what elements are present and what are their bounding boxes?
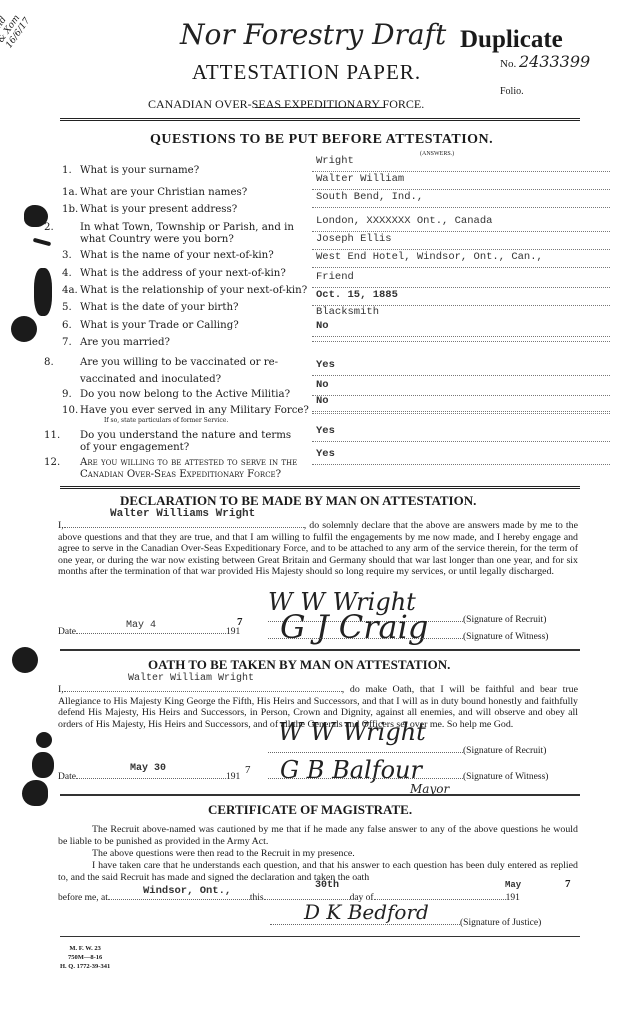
certificate-heading: CERTIFICATE OF MAGISTRATE.	[208, 802, 412, 818]
certificate-day: 30th	[315, 880, 339, 891]
form-code: H. Q. 1772-39-341	[60, 962, 110, 971]
punch-hole-blot	[36, 732, 52, 748]
page-subtitle: CANADIAN OVER-SEAS EXPEDITIONARY FORCE.	[148, 97, 424, 112]
certificate-year-suffix: 7	[565, 878, 571, 890]
oath-year-suffix: 7	[245, 764, 251, 776]
header-divider	[60, 118, 580, 121]
margin-note: cond & Xom 16/6/17	[0, 0, 47, 50]
document-number: No. 2433399	[500, 52, 590, 71]
question-1b: 1b.What is your present address?	[62, 204, 302, 216]
question-5: 5.What is the date of your birth?	[62, 302, 302, 314]
question-6: 6.What is your Trade or Calling?	[62, 320, 302, 332]
declaration-divider	[60, 649, 580, 651]
number-value: 2433399	[519, 52, 590, 71]
handwritten-title: Nor Forestry Draft	[180, 18, 446, 51]
question-7: 7.Are you married?	[62, 337, 302, 349]
punch-hole-blot	[12, 647, 38, 673]
declaration-date-value: May 4	[126, 620, 156, 631]
answer-5: Oct. 15, 1885	[312, 288, 610, 306]
witness-signature-line-1: (Signature of Witness)	[268, 632, 548, 642]
number-label: No.	[500, 58, 516, 70]
declaration-text: I,, do solemnly declare that the above a…	[58, 520, 578, 578]
question-12: 12.Are you willing to be attested to ser…	[62, 457, 302, 481]
question-4: 4.What is the address of your next-of-ki…	[62, 268, 302, 280]
form-code: M. F. W. 23	[60, 944, 110, 953]
question-4a: 4a.What is the relationship of your next…	[62, 285, 302, 297]
recruit-signature-2: W W Wright	[278, 718, 426, 746]
answer-2: London, XXXXXXX Ont., Canada	[312, 214, 610, 232]
form-code: 750M—8-16	[60, 953, 110, 962]
question-8: 8.Are you willing to be vaccinated or re…	[62, 354, 302, 388]
punch-hole-blot	[32, 752, 54, 778]
question-1a: 1a.What are your Christian names?	[62, 187, 302, 199]
questions-heading: QUESTIONS TO BE PUT BEFORE ATTESTATION.	[150, 132, 493, 148]
form-codes: M. F. W. 23 750M—8-16 H. Q. 1772-39-341	[60, 944, 110, 971]
answer-6: Blacksmith	[312, 305, 610, 317]
punch-hole-blot	[33, 238, 51, 247]
answer-1a: Walter William	[312, 172, 610, 190]
question-1: 1.What is your surname?	[62, 165, 302, 177]
oath-name: Walter William Wright	[128, 673, 254, 684]
answer-3: Joseph Ellis	[312, 232, 610, 250]
answer-1: Wright	[312, 154, 610, 172]
question-3: 3.What is the name of your next-of-kin?	[62, 250, 302, 262]
certificate-para-2: The above questions were then read to th…	[58, 848, 578, 860]
answer-7: No	[312, 319, 610, 337]
answer-4: West End Hotel, Windsor, Ont., Can.,	[312, 250, 610, 268]
question-10: 10.Have you ever served in any Military …	[62, 405, 302, 424]
certificate-para-1: The Recruit above-named was cautioned by…	[58, 824, 578, 847]
question-2: 2.In what Town, Township or Parish, and …	[62, 222, 302, 246]
declaration-heading: DECLARATION TO BE MADE BY MAN ON ATTESTA…	[120, 493, 476, 509]
witness-signature-line-2: (Signature of Witness)	[268, 772, 548, 782]
answer-1b: South Bend, Ind.,	[312, 190, 610, 208]
questions-divider	[60, 486, 580, 489]
certificate-before-line: before me, atthisday of191	[58, 893, 520, 903]
duplicate-label: Duplicate	[460, 26, 563, 54]
certificate-month: May	[505, 880, 521, 890]
justice-signature-line: (Signature of Justice)	[270, 918, 541, 928]
declaration-year-suffix: 7	[237, 616, 243, 628]
page-title: ATTESTATION PAPER.	[192, 60, 421, 85]
declaration-name: Walter Williams Wright	[110, 508, 255, 520]
certificate-divider	[60, 936, 580, 937]
answer-4a: Friend	[312, 270, 610, 288]
oath-heading: OATH TO BE TAKEN BY MAN ON ATTESTATION.	[148, 657, 450, 673]
answer-10-spacer	[312, 409, 610, 414]
punch-hole-blot	[22, 780, 48, 806]
answer-7-spacer	[312, 339, 610, 342]
oath-divider	[60, 794, 580, 796]
recruit-signature-line-2: (Signature of Recruit)	[268, 746, 546, 756]
question-11: 11.Do you understand the nature and term…	[62, 430, 302, 454]
punch-hole-blot	[11, 316, 37, 342]
answer-8: Yes	[312, 358, 610, 376]
folio-label: Folio.	[500, 86, 524, 97]
question-9: 9.Do you now belong to the Active Militi…	[62, 389, 302, 401]
answer-11: Yes	[312, 424, 610, 442]
oath-date-value: May 30	[130, 763, 166, 774]
punch-hole-blot	[34, 268, 52, 316]
answer-12: Yes	[312, 447, 610, 465]
